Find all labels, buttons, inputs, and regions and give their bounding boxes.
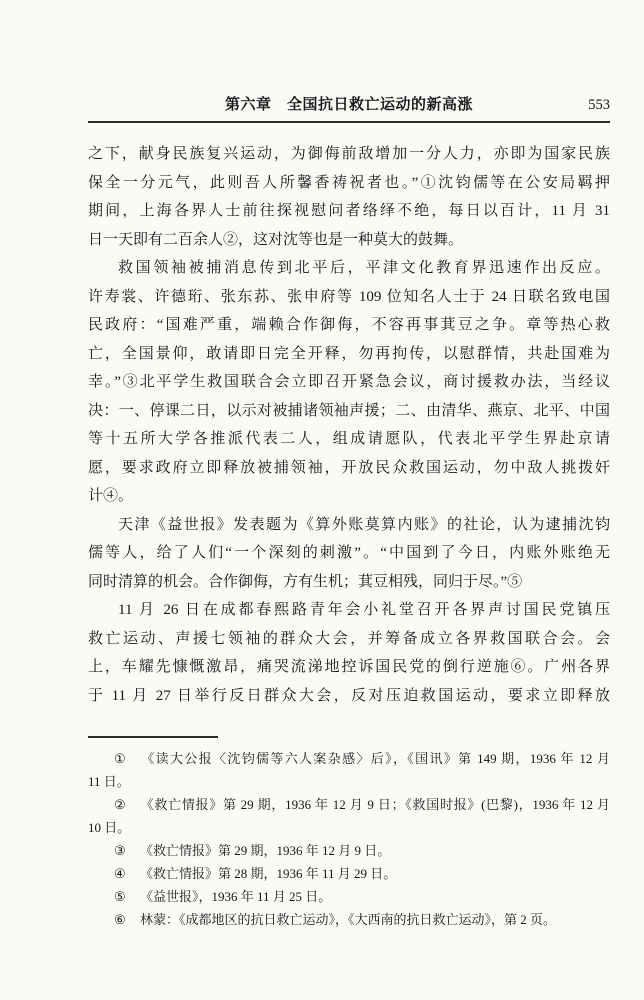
text-line: 天津《益世报》发表题为《算外账莫算内账》的社论，认为逮捕沈钧	[88, 511, 610, 540]
text-line: 幸。”③北平学生救国联合会立即召开紧急会议，商讨援救办法，当经议	[88, 368, 610, 397]
text-line: 许寿裳、许德珩、张东荪、张申府等 109 位知名人士于 24 日联名致电国	[88, 283, 610, 312]
text-line: 上，车耀先慷慨激昂，痛哭流涕地控诉国民党的倒行逆施⑥。广州各界	[88, 653, 610, 682]
text-line: 计④。	[88, 482, 610, 511]
footnote-marker: ③	[114, 843, 126, 858]
footnote-marker: ④	[114, 866, 126, 881]
text-line: 之下，献身民族复兴运动，为御侮前敌增加一分人力，亦即为国家民族	[88, 140, 610, 169]
page-number: 553	[588, 95, 610, 115]
text-line: 救亡运动、声援七领袖的群众大会，并筹备成立各界救国联合会。会	[88, 625, 610, 654]
footnote-text: 《救亡情报》第 29 期，1936 年 12 月 9 日；《救国时报》(巴黎)，…	[141, 797, 610, 812]
text-line: 亡，全国景仰，敢请即日完全开释，勿再拘传，以慰群情，共赴国难为	[88, 340, 610, 369]
body-text: 之下，献身民族复兴运动，为御侮前敌增加一分人力，亦即为国家民族保全一分元气，此则…	[88, 140, 610, 710]
footnote-separator	[88, 736, 218, 738]
footnote-line: ④《救亡情报》第 28 期，1936 年 11 月 29 日。	[88, 862, 610, 885]
footnote-text: 《救亡情报》第 29 期，1936 年 12 月 9 日。	[140, 843, 390, 858]
text-line: 决：一、停课二日，以示对被捕诸领袖声援；二、由清华、燕京、北平、中国	[88, 397, 610, 426]
footnote-line: ⑤《益世报》，1936 年 11 月 25 日。	[88, 885, 610, 908]
footnote-text: 《救亡情报》第 28 期，1936 年 11 月 29 日。	[140, 866, 396, 881]
footnote-marker: ①	[114, 751, 127, 766]
text-line: 于 11 月 27 日举行反日群众大会，反对压迫救国运动，要求立即释放	[88, 682, 610, 711]
text-line: 救国领袖被捕消息传到北平后，平津文化教育界迅速作出反应。	[88, 254, 610, 283]
footnote-marker: ②	[114, 797, 126, 812]
text-line: 期间，上海各界人士前往探视慰问者络绎不绝，每日以百计，11 月 31	[88, 197, 610, 226]
footnote-text: 《读大公报〈沈钧儒等六人案杂感〉后》，《国讯》第 149 期，1936 年 12…	[141, 751, 610, 766]
footnote-line: ②《救亡情报》第 29 期，1936 年 12 月 9 日；《救国时报》(巴黎)…	[88, 793, 610, 816]
text-line: 愿，要求政府立即释放被捕领袖，开放民众救国运动，勿中敌人挑拨奸	[88, 454, 610, 483]
text-line: 同时清算的机会。合作御侮，方有生机；萁豆相残，同归于尽。”⑤	[88, 568, 610, 597]
footnote-line: 10 日。	[88, 816, 610, 839]
text-line: 民政府：“国难严重，端赖合作御侮，不容再事萁豆之争。章等热心救	[88, 311, 610, 340]
book-page: 第六章 全国抗日救亡运动的新高涨 553 之下，献身民族复兴运动，为御侮前敌增加…	[0, 0, 644, 1000]
footnote-line: 11 日。	[88, 770, 610, 793]
text-line: 儒等人，给了人们“一个深刻的刺激”。“中国到了今日，内账外账绝无	[88, 539, 610, 568]
text-line: 保全一分元气，此则吾人所馨香祷祝者也。”①沈钧儒等在公安局羁押	[88, 169, 610, 198]
footnotes: ①《读大公报〈沈钧儒等六人案杂感〉后》，《国讯》第 149 期，1936 年 1…	[88, 747, 610, 931]
footnote-marker: ⑤	[114, 889, 126, 904]
footnote-line: ⑥林蒙：《成都地区的抗日救亡运动》，《大西南的抗日救亡运动》，第 2 页。	[88, 908, 610, 931]
text-line: 日一天即有二百余人②，这对沈等也是一种莫大的鼓舞。	[88, 226, 610, 255]
footnote-marker: ⑥	[114, 912, 126, 927]
text-line: 11 月 26 日在成都春熙路青年会小礼堂召开各界声讨国民党镇压	[88, 596, 610, 625]
footnote-line: ③《救亡情报》第 29 期，1936 年 12 月 9 日。	[88, 839, 610, 862]
footnote-text: 《益世报》，1936 年 11 月 25 日。	[140, 889, 331, 904]
footnote-text: 林蒙：《成都地区的抗日救亡运动》，《大西南的抗日救亡运动》，第 2 页。	[140, 912, 556, 927]
running-head: 第六章 全国抗日救亡运动的新高涨 553	[88, 95, 610, 115]
footnote-line: ①《读大公报〈沈钧儒等六人案杂感〉后》，《国讯》第 149 期，1936 年 1…	[88, 747, 610, 770]
text-line: 等十五所大学各推派代表二人，组成请愿队，代表北平学生界赴京请	[88, 425, 610, 454]
chapter-title: 第六章 全国抗日救亡运动的新高涨	[88, 95, 610, 115]
header-rule	[88, 121, 610, 123]
